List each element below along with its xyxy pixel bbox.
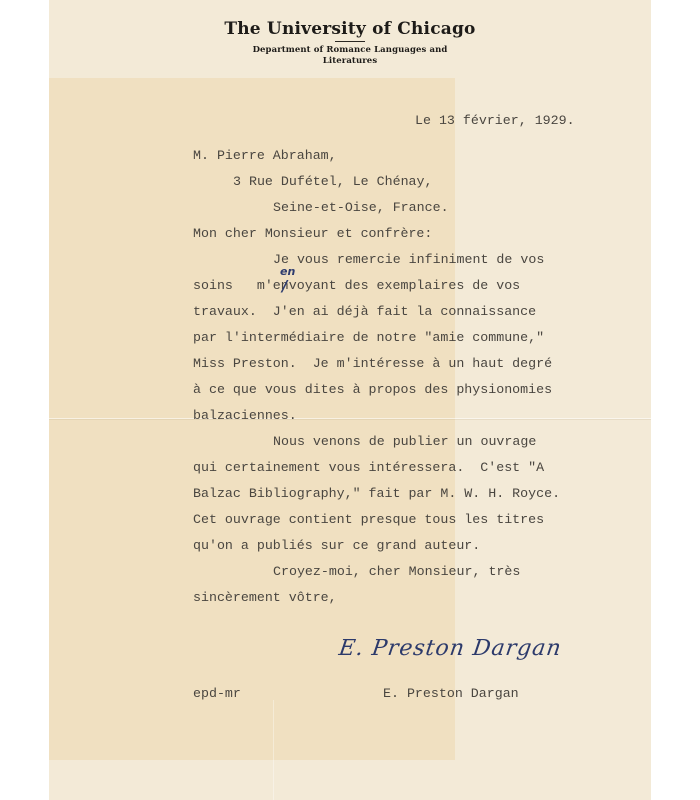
university-name: The University of Chicago	[49, 18, 651, 40]
body-line: Nous venons de publier un ouvrage	[273, 434, 536, 450]
body-line: Balzac Bibliography," fait par M. W. H. …	[193, 486, 560, 502]
strikethrough-mark: /	[282, 277, 287, 295]
body-line: balzaciennes.	[193, 408, 297, 424]
body-line: Miss Preston. Je m'intéresse à un haut d…	[193, 356, 552, 372]
department-line-1: Department of Romance Languages and	[49, 45, 651, 56]
horizontal-fold-line	[49, 418, 651, 419]
vertical-crease	[273, 700, 274, 800]
body-line: soins m'envoyant des exemplaires de vos	[193, 278, 520, 294]
body-line: à ce que vous dites à propos des physion…	[193, 382, 552, 398]
closing-line: Croyez-moi, cher Monsieur, très	[273, 564, 520, 580]
letterhead-rule	[335, 41, 365, 42]
handwritten-signature: E. Preston Dargan	[337, 636, 563, 661]
body-line: qu'on a publiés sur ce grand auteur.	[193, 538, 480, 554]
body-line: par l'intermédiaire de notre "amie commu…	[193, 330, 544, 346]
body-line: qui certainement vous intéressera. C'est…	[193, 460, 544, 476]
closing-line: sincèrement vôtre,	[193, 590, 337, 606]
department-line-2: Literatures	[49, 56, 651, 67]
body-line: Cet ouvrage contient presque tous les ti…	[193, 512, 544, 528]
body-line: travaux. J'en ai déjà fait la connaissan…	[193, 304, 536, 320]
recipient-address-line-1: 3 Rue Dufétel, Le Chénay,	[233, 174, 433, 190]
reference-initials: epd-mr	[193, 686, 241, 702]
typed-signer-name: E. Preston Dargan	[383, 686, 519, 702]
salutation: Mon cher Monsieur et confrère:	[193, 226, 432, 242]
recipient-name: M. Pierre Abraham,	[193, 148, 337, 164]
letter-date: Le 13 février, 1929.	[415, 113, 575, 129]
letterhead: The University of Chicago Department of …	[49, 18, 651, 67]
letter-paper: The University of Chicago Department of …	[49, 0, 651, 800]
body-line: Je vous remercie infiniment de vos	[273, 252, 544, 268]
recipient-address-line-2: Seine-et-Oise, France.	[273, 200, 449, 216]
